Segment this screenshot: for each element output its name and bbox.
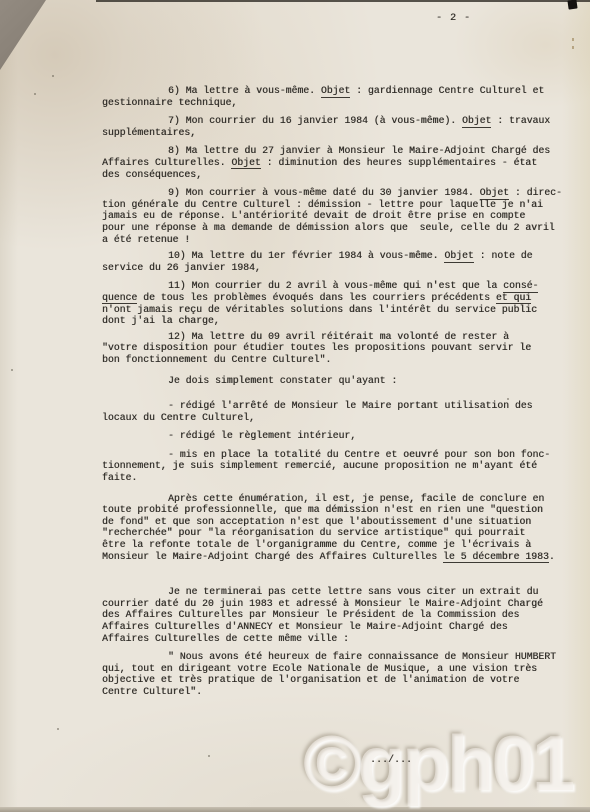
text-segment: bon fonctionnement du Centre Culturel".	[102, 354, 331, 365]
text-line: - rédigé le règlement intérieur,	[102, 430, 572, 442]
text-segment: 6) Ma lettre à vous-même.	[168, 85, 321, 96]
text-line: Affaires Culturelles. Objet : diminution…	[102, 157, 572, 169]
text-segment: courrier daté du 20 juin 1983 et adressé…	[102, 598, 543, 609]
text-line: des Affaires Culturelles par Monsieur le…	[102, 609, 572, 621]
text-segment: tionnement, je suis simplement remercié,…	[102, 460, 537, 471]
text-line: 10) Ma lettre du 1er février 1984 à vous…	[102, 250, 572, 262]
scan-speck	[11, 369, 13, 371]
text-line: 12) Ma lettre du 09 avril réitérait ma v…	[102, 331, 572, 343]
text-line: courrier daté du 20 juin 1983 et adressé…	[102, 598, 572, 610]
text-line: Je ne terminerai pas cette lettre sans v…	[102, 586, 572, 598]
underlined-text: le 5 décembre 1983	[443, 551, 549, 564]
text-segment: 7) Mon courrier du 16 janvier 1984 (à vo…	[168, 115, 462, 126]
text-segment: Après cette énumération, il est, je pens…	[168, 493, 544, 504]
paragraph: - rédigé l'arrêté de Monsieur le Maire p…	[102, 400, 572, 423]
text-line: tion générale du Centre Culturel : démis…	[102, 199, 572, 211]
paragraph: 10) Ma lettre du 1er février 1984 à vous…	[102, 250, 572, 273]
continuation-mark: .../...	[370, 755, 412, 766]
paragraph: Je dois simplement constater qu'ayant :	[102, 375, 572, 387]
scan-speck	[507, 398, 509, 400]
scanned-letter-page: - 2 - 6) Ma lettre à vous-même. Objet : …	[0, 0, 590, 812]
scan-speck	[572, 38, 574, 41]
text-segment: Affaires Culturelles.	[102, 157, 231, 168]
text-line: Monsieur le Maire-Adjoint Chargé des Aff…	[102, 551, 572, 563]
text-segment: "votre disposition pour étudier toutes l…	[102, 342, 531, 353]
text-segment: Affaires Culturelles de cette même ville…	[102, 633, 349, 644]
letter-body: 6) Ma lettre à vous-même. Objet : gardie…	[102, 85, 572, 698]
text-line: 9) Mon courrier à vous-même daté du 30 j…	[102, 187, 572, 199]
text-segment: 11) Mon courrier du 2 avril à vous-même …	[168, 280, 503, 291]
paragraph: Je ne terminerai pas cette lettre sans v…	[102, 586, 572, 644]
underlined-text: Objet	[444, 250, 473, 263]
scan-speck	[34, 93, 36, 95]
text-segment: - mis en place la totalité du Centre et …	[168, 449, 550, 460]
text-segment: Je dois simplement constater qu'ayant :	[168, 375, 397, 386]
text-segment: " Nous avons été heureux de faire connai…	[168, 651, 556, 662]
text-line: qui, tout en dirigeant votre Ecole Natio…	[102, 663, 572, 675]
paragraph: 7) Mon courrier du 16 janvier 1984 (à vo…	[102, 115, 572, 138]
text-line: objective et très pratique de l'organisa…	[102, 674, 572, 686]
text-segment: de tous les problèmes évoqués dans les c…	[137, 292, 496, 303]
text-segment: - rédigé l'arrêté de Monsieur le Maire p…	[168, 400, 533, 411]
watermark: ©gph01	[303, 718, 572, 809]
text-segment: qui, tout en dirigeant votre Ecole Natio…	[102, 663, 537, 674]
text-segment: service du 26 janvier 1984,	[102, 262, 261, 273]
text-line: service du 26 janvier 1984,	[102, 262, 572, 274]
paragraph: Après cette énumération, il est, je pens…	[102, 493, 572, 563]
text-segment: 12) Ma lettre du 09 avril réitérait ma v…	[168, 331, 509, 342]
text-segment: locaux du Centre Culturel,	[102, 412, 255, 423]
text-segment: être la refonte totale de l'organigramme…	[102, 539, 531, 550]
text-line: a été retenue !	[102, 234, 572, 246]
page-corner-fold	[0, 0, 46, 70]
text-segment: toute probité professionnelle, que ma dé…	[102, 504, 543, 515]
text-line: " Nous avons été heureux de faire connai…	[102, 651, 572, 663]
paragraph: - mis en place la totalité du Centre et …	[102, 449, 572, 484]
text-line: Après cette énumération, il est, je pens…	[102, 493, 572, 505]
text-line: dont j'ai la charge,	[102, 315, 572, 327]
text-segment: 8) Ma lettre du 27 janvier à Monsieur le…	[168, 145, 550, 156]
paragraph: " Nous avons été heureux de faire connai…	[102, 651, 572, 697]
text-line: bon fonctionnement du Centre Culturel".	[102, 354, 572, 366]
text-line: être la refonte totale de l'organigramme…	[102, 539, 572, 551]
paragraph: 6) Ma lettre à vous-même. Objet : gardie…	[102, 85, 572, 108]
text-line: des conséquences,	[102, 169, 572, 181]
text-segment: des conséquences,	[102, 169, 202, 180]
paragraph: 11) Mon courrier du 2 avril à vous-même …	[102, 280, 572, 326]
text-line: "votre disposition pour étudier toutes l…	[102, 342, 572, 354]
underlined-text: consé-	[503, 280, 538, 293]
text-line: 7) Mon courrier du 16 janvier 1984 (à vo…	[102, 115, 572, 127]
text-line: 8) Ma lettre du 27 janvier à Monsieur le…	[102, 145, 572, 157]
text-line: Affaires Culturelles de cette même ville…	[102, 633, 572, 645]
text-segment: - rédigé le règlement intérieur,	[168, 430, 356, 441]
text-segment: pour une réponse à ma demande de démissi…	[102, 222, 555, 233]
text-segment: "recherchée" pour "la réorganisation du …	[102, 527, 525, 538]
paragraph: - rédigé le règlement intérieur,	[102, 430, 572, 442]
text-line: locaux du Centre Culturel,	[102, 412, 572, 424]
text-segment: .	[549, 551, 555, 562]
text-line: gestionnaire technique,	[102, 97, 572, 109]
text-segment: : note de	[474, 250, 533, 261]
scan-speck	[52, 75, 54, 77]
text-line: Affaires Culturelles d'ANNECY et Monsieu…	[102, 621, 572, 633]
text-segment: : travaux	[491, 115, 550, 126]
text-segment: Affaires Culturelles d'ANNECY et Monsieu…	[102, 621, 508, 632]
text-segment: : direc-	[509, 187, 562, 198]
scan-artifact-mark	[567, 0, 577, 10]
paragraph: 8) Ma lettre du 27 janvier à Monsieur le…	[102, 145, 572, 180]
text-line: pour une réponse à ma demande de démissi…	[102, 222, 572, 234]
underlined-text: Objet	[231, 157, 260, 170]
text-segment: jamais eu de réponse. L'antériorité deva…	[102, 210, 525, 221]
text-line: toute probité professionnelle, que ma dé…	[102, 504, 572, 516]
text-segment: 10) Ma lettre du 1er février 1984 à vous…	[168, 250, 444, 261]
text-segment: faite.	[102, 472, 137, 483]
text-segment: des Affaires Culturelles par Monsieur le…	[102, 609, 519, 620]
text-segment: Je ne terminerai pas cette lettre sans v…	[168, 586, 538, 597]
text-segment: objective et très pratique de l'organisa…	[102, 674, 519, 685]
text-segment: gestionnaire technique,	[102, 97, 237, 108]
text-segment: dont j'ai la charge,	[102, 315, 220, 326]
text-line: - rédigé l'arrêté de Monsieur le Maire p…	[102, 400, 572, 412]
underlined-text: Objet	[321, 85, 350, 98]
text-line: supplémentaires,	[102, 127, 572, 139]
text-line: "recherchée" pour "la réorganisation du …	[102, 527, 572, 539]
text-segment: : diminution des heures supplémentaires …	[261, 157, 537, 168]
text-line: Je dois simplement constater qu'ayant :	[102, 375, 572, 387]
text-line: faite.	[102, 472, 572, 484]
text-segment: Centre Culturel".	[102, 686, 202, 697]
text-segment: 9) Mon courrier à vous-même daté du 30 j…	[168, 187, 480, 198]
text-line: de fond" et que son acceptation n'est qu…	[102, 516, 572, 528]
paragraph: 9) Mon courrier à vous-même daté du 30 j…	[102, 187, 572, 245]
text-line: - mis en place la totalité du Centre et …	[102, 449, 572, 461]
text-line: 6) Ma lettre à vous-même. Objet : gardie…	[102, 85, 572, 97]
text-segment: n'ont jamais reçu de véritables solution…	[102, 304, 537, 315]
text-line: jamais eu de réponse. L'antériorité deva…	[102, 210, 572, 222]
text-line: quence de tous les problèmes évoqués dan…	[102, 292, 572, 304]
text-segment: a été retenue !	[102, 234, 190, 245]
text-line: tionnement, je suis simplement remercié,…	[102, 460, 572, 472]
text-line: 11) Mon courrier du 2 avril à vous-même …	[102, 280, 572, 292]
scan-speck	[57, 728, 59, 730]
text-segment: Monsieur le Maire-Adjoint Chargé des Aff…	[102, 551, 443, 562]
text-line: Centre Culturel".	[102, 686, 572, 698]
text-segment: : gardiennage Centre Culturel et	[350, 85, 544, 96]
text-line: n'ont jamais reçu de véritables solution…	[102, 304, 572, 316]
scan-top-edge-shadow	[96, 0, 590, 2]
scan-speck	[208, 755, 210, 757]
underlined-text: Objet	[462, 115, 491, 128]
text-segment: de fond" et que son acceptation n'est qu…	[102, 516, 531, 527]
paragraph: 12) Ma lettre du 09 avril réitérait ma v…	[102, 331, 572, 366]
scan-speck	[572, 46, 574, 49]
text-segment: tion générale du Centre Culturel : démis…	[102, 199, 543, 210]
page-number: - 2 -	[436, 13, 471, 24]
text-segment: supplémentaires,	[102, 127, 196, 138]
